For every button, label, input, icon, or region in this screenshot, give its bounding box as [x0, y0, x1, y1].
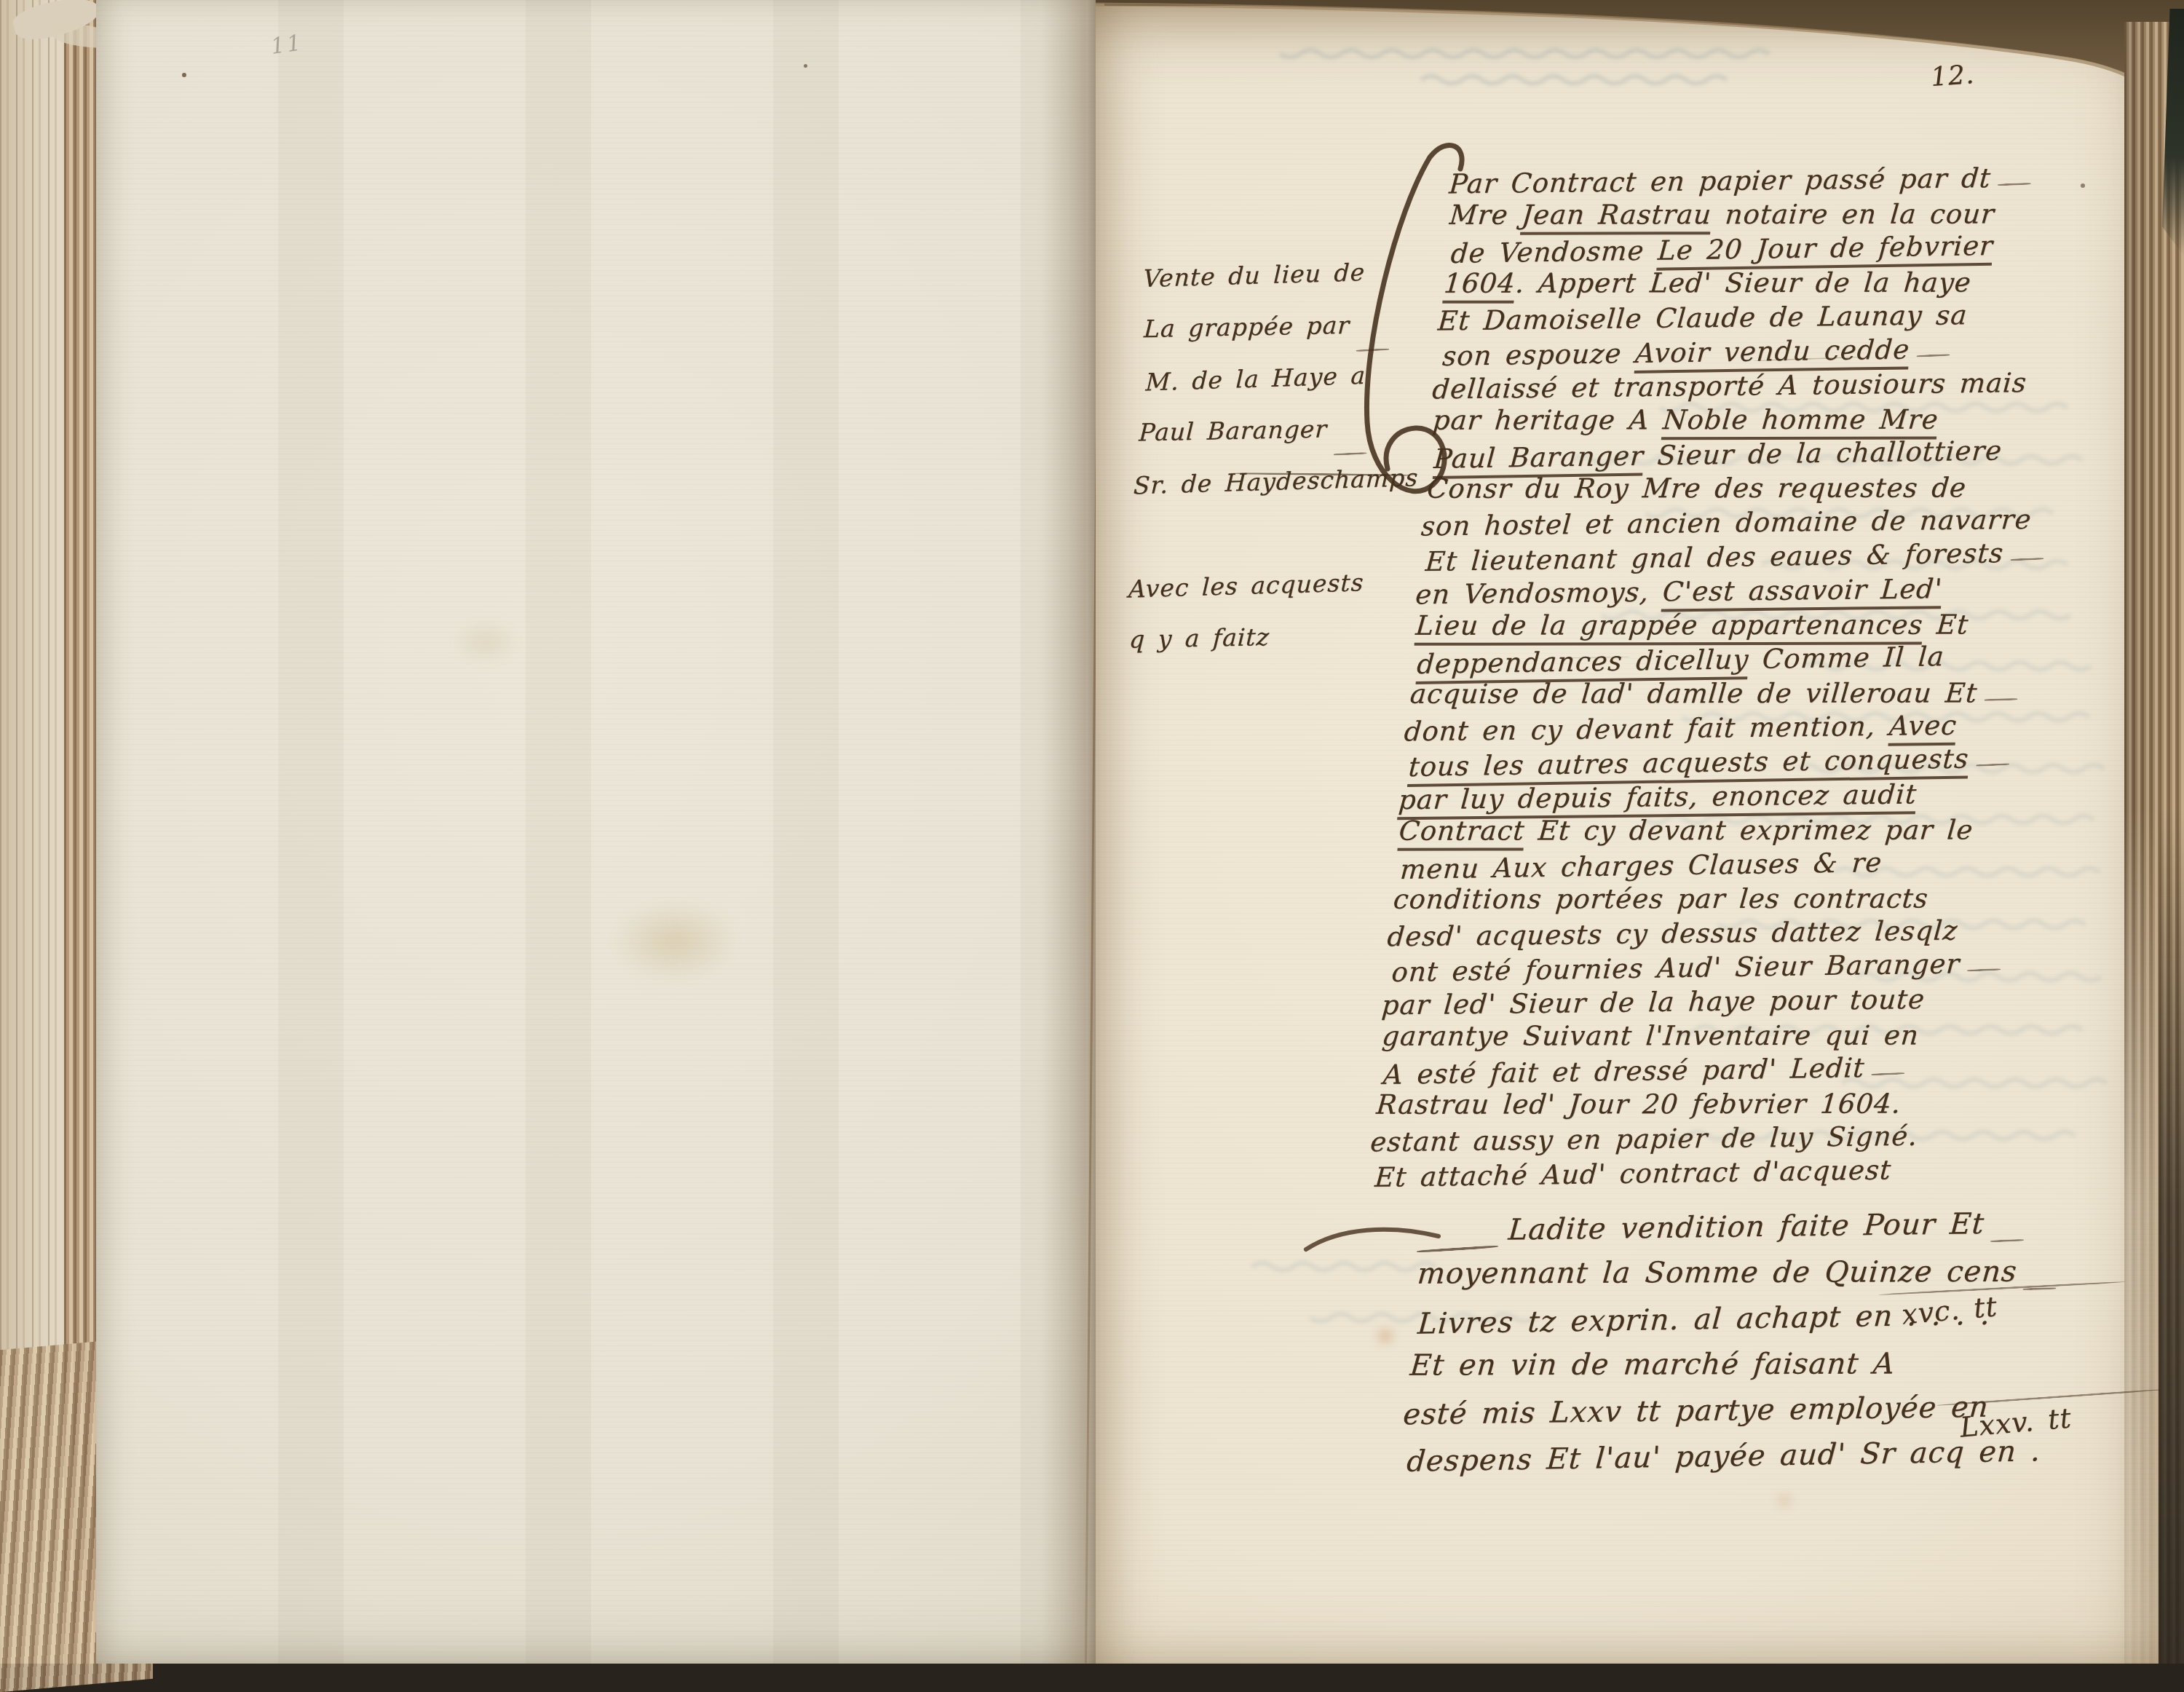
manuscript-text: Rastrau led' Jour 20 febvrier 1604. — [1375, 1088, 1902, 1120]
manuscript-text: Comme Il la — [1748, 641, 1946, 675]
manuscript-line: par led' Sieur de la haye pour toute — [1380, 982, 2073, 1024]
manuscript-text: dont en cy devant fait mention, — [1403, 711, 1891, 748]
underlined-text: Lieu de la grappée appartenances — [1415, 609, 1925, 646]
manuscript-text: Et cy devant exprimez par le — [1524, 814, 1975, 846]
manuscript-text: . Appert Led' Sieur de la haye — [1514, 267, 1973, 299]
manuscript-line: conditions portées par les contracts — [1392, 882, 2085, 918]
paper-stain — [613, 901, 737, 981]
underlined-text: Jean Rastrau — [1520, 199, 1713, 234]
foxing-spot — [1376, 1328, 1395, 1344]
manuscript-text: notaire en la cour — [1710, 199, 1995, 231]
manuscript-text: A esté fait et dressé pard' Ledit — [1382, 1052, 1866, 1091]
ink-flourish-line — [1998, 183, 2031, 186]
manuscript-photo: 11 12. Vente du lieu deLa grappée parM. … — [0, 0, 2184, 1664]
bleed-through-stroke — [1252, 1263, 1436, 1270]
underlined-text: Avec — [1888, 710, 1958, 746]
manuscript-line: Et en vin de marché faisant A — [1408, 1346, 2102, 1394]
manuscript-line: par luy depuis faits, enoncez audit — [1397, 777, 2090, 819]
manuscript-text: garantye Suivant l'Inventaire qui en — [1381, 1020, 1920, 1052]
underlined-text: Avoir vendu cedde — [1634, 333, 1910, 373]
manuscript-text: son espouze — [1441, 338, 1637, 372]
manuscript-line: Lieu de la grappée appartenances Et — [1415, 609, 2108, 644]
manuscript-line: moyennant la Somme de Quinze cens — [1415, 1254, 2110, 1302]
manuscript-line: q y a faitz — [1128, 620, 1401, 677]
manuscript-line: Contract Et cy devant exprimez par le — [1398, 814, 2091, 850]
underlined-text: Contract — [1397, 815, 1526, 851]
manuscript-text: dellaissé et transporté A tousiours mais — [1431, 367, 2028, 405]
manuscript-text: Ladite vendition faite Pour Et — [1507, 1207, 1985, 1247]
blank-line — [1137, 515, 1410, 575]
ink-flourish-line — [1966, 968, 2000, 972]
manuscript-line: acquise de lad' damlle de villeroau Et — [1409, 677, 2102, 713]
ink-flourish-line — [1872, 1072, 1905, 1076]
manuscript-line: Paul Baranger — [1137, 413, 1410, 470]
manuscript-text: La grappée par — [1143, 311, 1350, 343]
ink-flourish-line — [1990, 1239, 2024, 1243]
manuscript-line: dellaissé et transporté A tousiours mais — [1431, 366, 2124, 408]
manuscript-text: moyennant la Somme de Quinze cens — [1416, 1255, 2018, 1291]
underlined-text: Le 20 Jour de febvrier — [1656, 230, 1994, 271]
manuscript-text: Et — [1922, 609, 1970, 640]
manuscript-text: M. de la Haye a — [1145, 361, 1366, 397]
manuscript-line: Par Contract en papier passé par dt — [1448, 161, 2141, 203]
manuscript-text: par heritage A — [1431, 404, 1664, 436]
ink-speck — [182, 73, 186, 77]
pencil-folio-note: 11 — [269, 30, 305, 60]
manuscript-line: Avec les acquests — [1127, 567, 1400, 627]
manuscript-line: Paul Baranger Sieur de la challottiere — [1433, 433, 2126, 478]
manuscript-line: Ladite vendition faite Pour Et — [1416, 1206, 2110, 1260]
manuscript-text: esté mis Lxxv tt partye employée en — [1402, 1391, 1990, 1432]
manuscript-text: Par Contract en papier passé par dt — [1448, 162, 1992, 199]
manuscript-line: Livres tz exprin. al achapt en . . . . — [1416, 1296, 2110, 1353]
manuscript-text: menu Aux charges Clauses & re — [1399, 847, 1883, 885]
ink-flourish-line — [2023, 1287, 2057, 1290]
underlined-text: C'est assavoir Led' — [1661, 573, 1944, 612]
margin-note: Vente du lieu deLa grappée parM. de la H… — [1125, 257, 1415, 677]
ink-speck — [804, 64, 807, 68]
manuscript-text: Et Damoiselle Claude de Launay sa — [1437, 299, 1969, 336]
manuscript-line: Mre Jean Rastrau notaire en la cour — [1448, 198, 2141, 234]
ink-flourish-line — [1917, 354, 1950, 357]
body-paragraph-1: Par Contract en papier passé par dtMre J… — [1366, 163, 2141, 1193]
underlined-text: 1604 — [1442, 268, 1516, 304]
manuscript-text: par led' Sieur de la haye pour toute — [1380, 984, 1926, 1021]
manuscript-text: conditions portées par les contracts — [1392, 883, 1929, 915]
manuscript-text: Sieur de la challottiere — [1642, 435, 2003, 471]
underlined-text: Noble homme Mre — [1661, 404, 1939, 440]
manuscript-text: Avec les acquests — [1128, 568, 1364, 603]
manuscript-line: Consr du Roy Mre des requestes de — [1425, 472, 2118, 507]
ink-flourish-line — [1333, 452, 1366, 456]
manuscript-line: Rastrau led' Jour 20 febvrier 1604. — [1375, 1088, 2068, 1123]
manuscript-line: en Vendosmoys, C'est assavoir Led' — [1414, 572, 2107, 614]
bleed-through-stroke — [1280, 50, 1769, 58]
left-blank-page — [96, 0, 1104, 1664]
manuscript-line: A esté fait et dressé pard' Ledit — [1382, 1049, 2076, 1094]
manuscript-text: Et en vin de marché faisant A — [1409, 1347, 1896, 1382]
manuscript-text: Consr du Roy Mre des requestes de — [1426, 473, 1968, 505]
foxing-spot — [1776, 1494, 1792, 1507]
manuscript-line: Sr. de Haydeschamps — [1132, 464, 1405, 523]
manuscript-text: Mre — [1448, 199, 1523, 231]
manuscript-line: par heritage A Noble homme Mre — [1431, 403, 2124, 439]
manuscript-line: La grappée par — [1142, 309, 1415, 366]
manuscript-text: en Vendosmoys, — [1415, 577, 1664, 611]
manuscript-text: Et attaché Aud' contract d'acquest — [1374, 1154, 1893, 1193]
manuscript-text: de Vendosme — [1449, 235, 1659, 269]
manuscript-text: son hostel et ancien domaine de navarre — [1420, 504, 2033, 542]
manuscript-line: garantye Suivant l'Inventaire qui en — [1380, 1019, 2073, 1055]
manuscript-text: Vente du lieu de — [1143, 258, 1366, 293]
folio-number: 12. — [1930, 60, 1976, 92]
manuscript-text: q y a faitz — [1128, 622, 1270, 654]
manuscript-text: estant aussy en papier de luy Signé. — [1369, 1120, 1919, 1158]
manuscript-line: M. de la Haye a — [1144, 359, 1417, 419]
manuscript-line: Vente du lieu de — [1142, 256, 1415, 316]
manuscript-line: 1604. Appert Led' Sieur de la haye — [1442, 266, 2135, 302]
ink-flourish-line — [1984, 698, 2017, 701]
manuscript-text: Paul Baranger — [1139, 414, 1329, 446]
manuscript-text: acquise de lad' damlle de villeroau Et — [1409, 677, 1979, 709]
ink-flourish-line — [2010, 558, 2043, 561]
bleed-through-stroke — [1421, 76, 1727, 84]
paper-stain — [453, 620, 518, 664]
body-paragraph-2: Ladite vendition faite Pour Etmoyennant … — [1398, 1208, 2110, 1488]
ink-flourish-line — [1356, 348, 1389, 352]
manuscript-text: desd' acquests cy dessus dattez lesqlz — [1386, 914, 1959, 952]
ink-flourish-line — [1976, 763, 2009, 767]
